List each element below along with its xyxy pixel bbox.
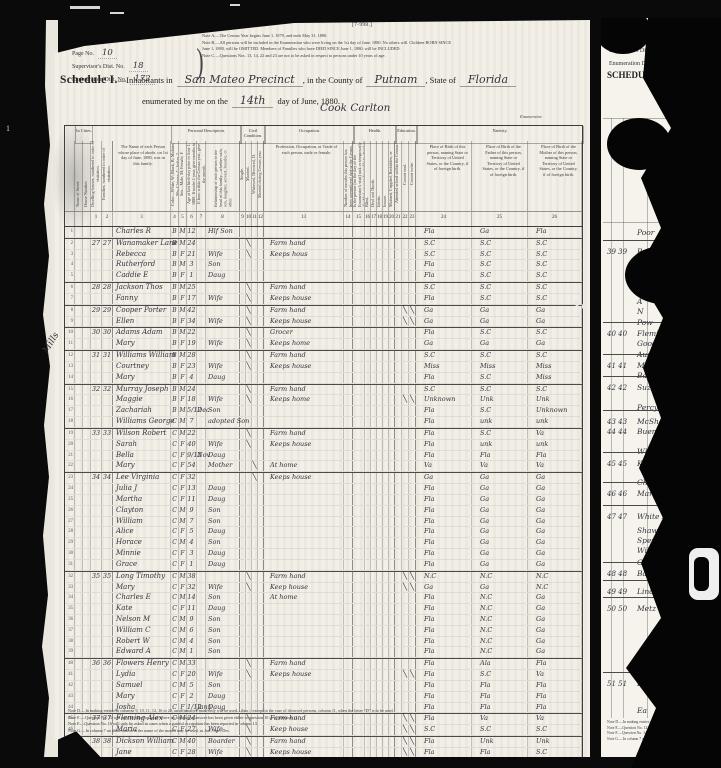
cell-hn bbox=[83, 317, 91, 327]
cell-e3: ╲ bbox=[409, 670, 416, 680]
cell-st bbox=[75, 572, 83, 582]
cell-dw bbox=[91, 406, 102, 416]
cell-e3 bbox=[409, 593, 416, 603]
cell-b1: Fla bbox=[416, 737, 472, 747]
cell-hn bbox=[83, 647, 91, 657]
cell-b1: Ga bbox=[416, 583, 472, 593]
cell-fm bbox=[102, 604, 113, 614]
cell-e2: ╲ bbox=[402, 317, 409, 327]
cell-ag: 32 bbox=[187, 473, 197, 483]
cell-dw bbox=[91, 593, 102, 603]
cell-ag: 14 bbox=[187, 593, 197, 603]
cell-ln: 27 bbox=[65, 517, 75, 527]
cell-b3: Unk bbox=[528, 737, 582, 747]
cell-e3 bbox=[409, 227, 416, 237]
cell-oc bbox=[264, 538, 344, 548]
cell-mo bbox=[197, 495, 206, 505]
cell-b1: Fla bbox=[416, 604, 472, 614]
cell-re: Wife bbox=[206, 317, 240, 327]
cell-ag: 33 bbox=[187, 659, 197, 669]
cell-cl: C bbox=[171, 506, 179, 516]
cell-st bbox=[75, 362, 83, 372]
cell-sx: F bbox=[179, 560, 187, 570]
right-name-fragment: Metz bbox=[637, 604, 656, 613]
cell-b1: S.C bbox=[416, 250, 472, 260]
column-number-cl: 4 bbox=[171, 212, 179, 227]
cell-e1 bbox=[395, 506, 402, 516]
cell-e2 bbox=[402, 250, 409, 260]
cell-e2: ╲ bbox=[402, 395, 409, 405]
cell-e3 bbox=[409, 495, 416, 505]
right-dwelling-family-number: 45 45 bbox=[607, 460, 637, 468]
right-page-row: 45 45Kerse bbox=[603, 452, 715, 471]
cell-b2: S.C bbox=[472, 328, 528, 338]
cell-fm bbox=[102, 495, 113, 505]
cell-ag: 40 bbox=[187, 440, 197, 450]
cell-b1: S.C bbox=[416, 351, 472, 361]
cell-b3: Ga bbox=[528, 593, 582, 603]
cell-nm: Williams William bbox=[113, 351, 171, 361]
cell-re bbox=[206, 351, 240, 361]
cell-re bbox=[206, 306, 240, 316]
cell-st bbox=[75, 250, 83, 260]
cell-e3 bbox=[409, 626, 416, 636]
cell-b2: Ga bbox=[472, 538, 528, 548]
cell-nm: Caddie E bbox=[113, 271, 171, 281]
census-row: 22727Wanamaker LaneBM24╲Farm handS.CS.CS… bbox=[65, 238, 582, 250]
cell-cl: B bbox=[171, 385, 179, 395]
cell-h1 bbox=[353, 417, 365, 427]
cell-oc bbox=[264, 417, 344, 427]
cell-b3: Fla bbox=[528, 659, 582, 669]
cell-fm bbox=[102, 250, 113, 260]
cell-e1 bbox=[395, 260, 402, 270]
cell-e2 bbox=[402, 560, 409, 570]
cell-e1 bbox=[395, 604, 402, 614]
cell-h1 bbox=[353, 637, 365, 647]
cell-b3: Ga bbox=[528, 473, 582, 483]
cell-oc bbox=[264, 373, 344, 383]
cell-oc bbox=[264, 560, 344, 570]
cell-oc bbox=[264, 549, 344, 559]
schedule-title-line2: enumerated by me on the 14th day of June… bbox=[142, 91, 482, 109]
cell-b3: S.C bbox=[528, 294, 582, 304]
cell-b1: Fla bbox=[416, 328, 472, 338]
cell-fm: 36 bbox=[102, 659, 113, 669]
table-header: In Cities.Personal Description.Civil Con… bbox=[65, 126, 582, 227]
cell-re: Son bbox=[206, 517, 240, 527]
cell-sx: M bbox=[179, 626, 187, 636]
cell-h1 bbox=[353, 271, 365, 281]
cell-nm: Minnie bbox=[113, 549, 171, 559]
cell-nm: Rutherford bbox=[113, 260, 171, 270]
cell-oc bbox=[264, 260, 344, 270]
census-row: 41LydiaCF20Wife╲Keeps house╲╲FlaS.CVa bbox=[65, 670, 582, 681]
cell-sx: M bbox=[179, 328, 187, 338]
cell-ln: 33 bbox=[65, 583, 75, 593]
cell-st bbox=[75, 317, 83, 327]
cell-mu bbox=[344, 748, 353, 758]
cell-b1: Miss bbox=[416, 362, 472, 372]
column-number-sx: 5 bbox=[179, 212, 187, 227]
cell-mu bbox=[344, 239, 353, 249]
cell-ag: 7 bbox=[187, 517, 197, 527]
right-footnotes: Note D.—In making entries in c Note E.—Q… bbox=[607, 720, 677, 743]
cell-hn bbox=[83, 283, 91, 293]
cell-b3: Ga bbox=[528, 317, 582, 327]
cell-dw bbox=[91, 506, 102, 516]
cell-fm bbox=[102, 271, 113, 281]
cell-cl: C bbox=[171, 647, 179, 657]
cell-e3 bbox=[409, 484, 416, 494]
cell-b1: Fla bbox=[416, 593, 472, 603]
cell-hn bbox=[83, 451, 91, 461]
cell-ag: 11 bbox=[187, 604, 197, 614]
cell-b1: Ga bbox=[416, 317, 472, 327]
cell-mo bbox=[197, 271, 206, 281]
cell-b1: Ga bbox=[416, 339, 472, 349]
census-row: 36Nelson MCM9SonFlaN.CGa bbox=[65, 615, 582, 626]
cell-re bbox=[206, 473, 240, 483]
cell-sx: F bbox=[179, 271, 187, 281]
column-number-b1: 24 bbox=[416, 212, 472, 227]
cell-dw bbox=[91, 317, 102, 327]
column-number-h1: 15 bbox=[353, 212, 365, 227]
cell-e1 bbox=[395, 583, 402, 593]
cell-mu bbox=[344, 473, 353, 483]
cell-mu bbox=[344, 351, 353, 361]
cell-nm: Lee Virginia bbox=[113, 473, 171, 483]
cell-e1 bbox=[395, 417, 402, 427]
cell-mo bbox=[197, 748, 206, 758]
cell-b1: Fla bbox=[416, 294, 472, 304]
scan-smudge bbox=[52, 118, 96, 236]
cell-b1: Fla bbox=[416, 692, 472, 702]
cell-b3: unk bbox=[528, 417, 582, 427]
cell-b3: Ga bbox=[528, 615, 582, 625]
cell-mo bbox=[197, 473, 206, 483]
cell-e3 bbox=[409, 294, 416, 304]
cell-nm: Kate bbox=[113, 604, 171, 614]
cell-sx: M bbox=[179, 615, 187, 625]
cell-mo bbox=[197, 283, 206, 293]
cell-hn bbox=[83, 373, 91, 383]
cell-e1 bbox=[395, 647, 402, 657]
cell-b2: Ga bbox=[472, 317, 528, 327]
cell-ag: 32 bbox=[187, 583, 197, 593]
cell-re: Son bbox=[206, 593, 240, 603]
cell-h1 bbox=[353, 461, 365, 471]
cell-hn bbox=[83, 637, 91, 647]
cell-nm: Maggie bbox=[113, 395, 171, 405]
cell-sx: M bbox=[179, 306, 187, 316]
cell-sx: F bbox=[179, 583, 187, 593]
cell-b1: Fla bbox=[416, 560, 472, 570]
cell-ag: 3 bbox=[187, 260, 197, 270]
census-row: 29HoraceCM4SonFlaGaGa bbox=[65, 538, 582, 549]
cell-h1 bbox=[353, 239, 365, 249]
cell-oc bbox=[264, 692, 344, 702]
cell-b2: S.C bbox=[472, 670, 528, 680]
cell-st bbox=[75, 748, 83, 758]
cell-b1: Fla bbox=[416, 484, 472, 494]
cell-e2 bbox=[402, 227, 409, 237]
note-g: Note G.—In column 7 an abbreviation in t… bbox=[68, 728, 573, 735]
census-row: 39Edward ACM1SonFlaN.CGa bbox=[65, 647, 582, 658]
cell-st bbox=[75, 626, 83, 636]
cell-nm: Courtney bbox=[113, 362, 171, 372]
cell-cl: C bbox=[171, 626, 179, 636]
cell-ln: 23 bbox=[65, 473, 75, 483]
cell-b1: S.C bbox=[416, 385, 472, 395]
cell-sx: F bbox=[179, 670, 187, 680]
cell-ag: 5/12 bbox=[187, 406, 197, 416]
cell-b2: S.C bbox=[472, 373, 528, 383]
cell-e3 bbox=[409, 615, 416, 625]
cell-re: Son bbox=[206, 647, 240, 657]
cell-e3 bbox=[409, 385, 416, 395]
cell-mu bbox=[344, 626, 353, 636]
cell-h1 bbox=[353, 317, 365, 327]
cell-e2 bbox=[402, 692, 409, 702]
cell-sx: M bbox=[179, 737, 187, 747]
cell-dw bbox=[91, 417, 102, 427]
cell-b3: S.C bbox=[528, 239, 582, 249]
cell-b2: Ga bbox=[472, 473, 528, 483]
cell-re: Daug bbox=[206, 451, 240, 461]
cell-oc: Keep house bbox=[264, 583, 344, 593]
cell-cl: B bbox=[171, 406, 179, 416]
census-row: 48JaneCF28Wife╲Keeps house╲╲FlaFlaS.C bbox=[65, 748, 582, 759]
cell-mo bbox=[197, 362, 206, 372]
cell-b2: S.C bbox=[472, 294, 528, 304]
census-row: 153232Murray JosephBM24╲Farm handS.CS.CS… bbox=[65, 384, 582, 396]
cell-nm: Mary bbox=[113, 692, 171, 702]
right-dwelling-family-number: 50 50 bbox=[607, 605, 637, 613]
cell-mo bbox=[197, 250, 206, 260]
cell-hn bbox=[83, 461, 91, 471]
cell-cl: C bbox=[171, 583, 179, 593]
cell-b2: Ga bbox=[472, 339, 528, 349]
cell-e3 bbox=[409, 271, 416, 281]
column-header-ag: Age at last birth-day prior to June 1, 1… bbox=[187, 141, 197, 211]
cell-st bbox=[75, 373, 83, 383]
cell-b2: Unk bbox=[472, 737, 528, 747]
cell-fm: 35 bbox=[102, 572, 113, 582]
cell-mu bbox=[344, 495, 353, 505]
cell-fm bbox=[102, 317, 113, 327]
cell-nm: Edward A bbox=[113, 647, 171, 657]
cell-e2 bbox=[402, 440, 409, 450]
cell-e3 bbox=[409, 461, 416, 471]
cell-sx: F bbox=[179, 495, 187, 505]
cell-st bbox=[75, 495, 83, 505]
cell-sx: F bbox=[179, 461, 187, 471]
cell-e3 bbox=[409, 473, 416, 483]
cell-st bbox=[75, 637, 83, 647]
cell-h1 bbox=[353, 615, 365, 625]
cell-fm bbox=[102, 294, 113, 304]
cell-hn bbox=[83, 260, 91, 270]
census-row: 38Robert WCM4SonFlaN.CGa bbox=[65, 637, 582, 648]
cell-h1 bbox=[353, 440, 365, 450]
cell-cl: B bbox=[171, 328, 179, 338]
cell-e3 bbox=[409, 373, 416, 383]
cell-mu bbox=[344, 417, 353, 427]
cell-re: Son bbox=[206, 615, 240, 625]
county-name: Putnam bbox=[366, 73, 425, 87]
cell-ag: 28 bbox=[187, 748, 197, 758]
cell-b1: S.C bbox=[416, 239, 472, 249]
cell-st bbox=[75, 593, 83, 603]
cell-cl: B bbox=[171, 294, 179, 304]
note-e: Note E.—Question No. 12 will only be ask… bbox=[68, 715, 573, 722]
cell-fm bbox=[102, 748, 113, 758]
cell-dw: 34 bbox=[91, 473, 102, 483]
census-row: 473838Dickson WilliamCM40Boarder╲Farm ha… bbox=[65, 736, 582, 748]
cell-fm: 34 bbox=[102, 473, 113, 483]
cell-mo bbox=[197, 517, 206, 527]
cell-st bbox=[75, 681, 83, 691]
cell-re bbox=[206, 572, 240, 582]
cell-re: Daug bbox=[206, 604, 240, 614]
cell-ln: 32 bbox=[65, 572, 75, 582]
cell-b1: Fla bbox=[416, 637, 472, 647]
cell-mo bbox=[197, 351, 206, 361]
right-page-row: 42 42Suzee bbox=[603, 376, 715, 395]
cell-fm bbox=[102, 583, 113, 593]
cell-e1 bbox=[395, 406, 402, 416]
cell-fm bbox=[102, 440, 113, 450]
cell-mo bbox=[197, 737, 206, 747]
cell-oc: Farm hand bbox=[264, 351, 344, 361]
cell-st bbox=[75, 670, 83, 680]
cell-h1 bbox=[353, 670, 365, 680]
cell-oc: Farm hand bbox=[264, 572, 344, 582]
cell-cl: C bbox=[171, 604, 179, 614]
cell-nm: Wanamaker Lane bbox=[113, 239, 171, 249]
cell-fm bbox=[102, 451, 113, 461]
cell-re: Daug bbox=[206, 271, 240, 281]
cell-e2 bbox=[402, 637, 409, 647]
cell-oc bbox=[264, 495, 344, 505]
cell-mu bbox=[344, 572, 353, 582]
column-header-oc: Profession, Occupation, or Trade of each… bbox=[264, 141, 344, 211]
cell-mo bbox=[197, 239, 206, 249]
cell-fm: 38 bbox=[102, 737, 113, 747]
cell-e1 bbox=[395, 670, 402, 680]
column-number-e2: 22 bbox=[402, 212, 409, 227]
column-header-h1: Is the person [on the day of the Enumera… bbox=[353, 141, 365, 211]
cell-ln: 4 bbox=[65, 260, 75, 270]
cell-b3: Ga bbox=[528, 484, 582, 494]
cell-b3: Va bbox=[528, 670, 582, 680]
census-row: 4RutherfordBM3SonFlaS.CS.C bbox=[65, 260, 582, 271]
cell-ag: 12 bbox=[187, 227, 197, 237]
cell-e1 bbox=[395, 560, 402, 570]
cell-nm: Clayton bbox=[113, 506, 171, 516]
cell-dw bbox=[91, 339, 102, 349]
enumerator-signature: Cook Carlton bbox=[320, 102, 390, 114]
cell-nm: Mary bbox=[113, 373, 171, 383]
cell-nm: Martha bbox=[113, 495, 171, 505]
cell-dw bbox=[91, 560, 102, 570]
column-number-e3: 23 bbox=[409, 212, 416, 227]
census-row: 28AliceCF5DaugFlaGaGa bbox=[65, 527, 582, 538]
cell-h1 bbox=[353, 626, 365, 636]
cell-re: Wife bbox=[206, 250, 240, 260]
cell-e1 bbox=[395, 227, 402, 237]
cell-h1 bbox=[353, 306, 365, 316]
cell-st bbox=[75, 283, 83, 293]
cell-h1 bbox=[353, 659, 365, 669]
cell-e3 bbox=[409, 647, 416, 657]
cell-b2: Va bbox=[472, 461, 528, 471]
census-row: 9EllenBF34Wife╲Keeps house╲╲GaGaGa bbox=[65, 317, 582, 328]
cell-b1: Fla bbox=[416, 647, 472, 657]
cell-mo bbox=[197, 637, 206, 647]
cell-mu bbox=[344, 385, 353, 395]
cell-b3: S.C bbox=[528, 351, 582, 361]
cell-ln: 30 bbox=[65, 549, 75, 559]
cell-dw: 33 bbox=[91, 429, 102, 439]
cell-ag: 4 bbox=[187, 373, 197, 383]
cell-e3 bbox=[409, 406, 416, 416]
cell-mu bbox=[344, 506, 353, 516]
cell-h1 bbox=[353, 583, 365, 593]
cell-st bbox=[75, 538, 83, 548]
census-row: 123131Williams WilliamBM28╲Farm handS.CS… bbox=[65, 350, 582, 362]
cell-h1 bbox=[353, 395, 365, 405]
cell-st bbox=[75, 239, 83, 249]
cell-b1: Va bbox=[416, 461, 472, 471]
cell-sx: F bbox=[179, 339, 187, 349]
cell-b3: Fla bbox=[528, 227, 582, 237]
cell-h1 bbox=[353, 406, 365, 416]
cell-ag: 34 bbox=[187, 317, 197, 327]
cell-ln: 5 bbox=[65, 271, 75, 281]
cell-fm bbox=[102, 362, 113, 372]
cell-b1: Ga bbox=[416, 473, 472, 483]
cell-e2 bbox=[402, 283, 409, 293]
cell-b3: Ga bbox=[528, 626, 582, 636]
cell-h1 bbox=[353, 484, 365, 494]
cell-cl: C bbox=[171, 748, 179, 758]
cell-sx: M bbox=[179, 506, 187, 516]
cell-b2: N.C bbox=[472, 615, 528, 625]
cell-dw bbox=[91, 250, 102, 260]
right-dwelling-family-number: 44 44 bbox=[607, 428, 637, 436]
cell-st bbox=[75, 647, 83, 657]
cell-b2: Fla bbox=[472, 681, 528, 691]
cell-b2: Miss bbox=[472, 362, 528, 372]
cell-e1 bbox=[395, 549, 402, 559]
cell-nm: Williams George bbox=[113, 417, 171, 427]
cell-e1 bbox=[395, 306, 402, 316]
cell-cl: C bbox=[171, 615, 179, 625]
cell-mu bbox=[344, 362, 353, 372]
cell-e3 bbox=[409, 328, 416, 338]
cell-dw bbox=[91, 538, 102, 548]
cell-b3: Unk bbox=[528, 395, 582, 405]
cell-nm: Alice bbox=[113, 527, 171, 537]
cell-sx: M bbox=[179, 283, 187, 293]
cell-b2: Ga bbox=[472, 549, 528, 559]
cell-b3: N.C bbox=[528, 583, 582, 593]
cell-e3: ╲ bbox=[409, 748, 416, 758]
cell-mu bbox=[344, 406, 353, 416]
census-row: 323535Long TimothyCM38╲Farm hand╲╲N.CN.C… bbox=[65, 571, 582, 583]
